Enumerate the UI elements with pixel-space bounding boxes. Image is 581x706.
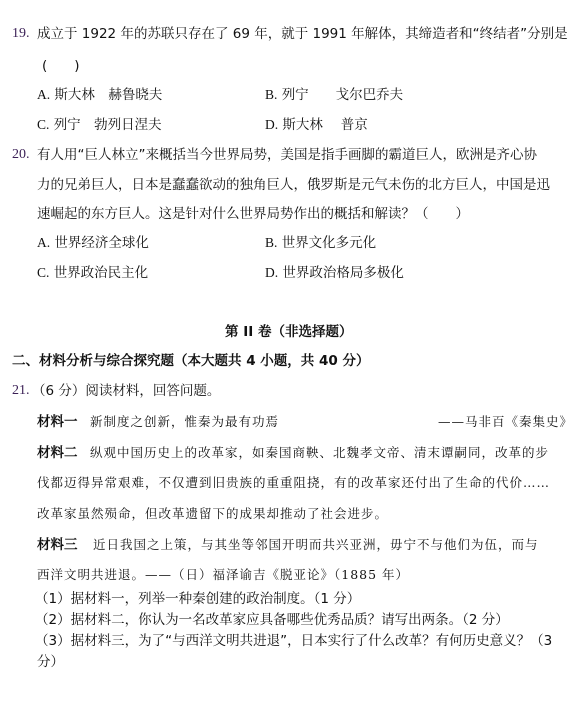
option-key: B.: [265, 235, 277, 250]
material-1-source: ——马非百《秦集史》: [438, 413, 573, 431]
option-key: C.: [37, 117, 49, 132]
q20-option-d: D. 世界政治格局多极化: [265, 264, 404, 282]
question-number-20: 20.: [12, 146, 30, 164]
q19-option-b: B. 列宁 戈尔巴乔夫: [265, 86, 403, 104]
q19-option-d: D. 斯大林 普京: [265, 116, 368, 134]
sub-question-2: （2）据材料二，你认为一名改革家应具备哪些优秀品质？请写出两条。（2 分）: [35, 611, 509, 629]
material-1-label: 材料一: [37, 413, 78, 431]
option-text: 斯大林 赫鲁晓夫: [54, 87, 162, 103]
section-heading: 二、材料分析与综合探究题（本大题共 4 小题，共 40 分）: [12, 352, 369, 370]
section-title: 第 II 卷（非选择题）: [225, 323, 352, 341]
question-20-line-2: 力的兄弟巨人，日本是蠢蠢欲动的独角巨人，俄罗斯是元气未伤的北方巨人，中国是迅: [37, 176, 550, 194]
option-key: A.: [37, 87, 50, 102]
material-2-line-2: 伐都迈得异常艰难，不仅遭到旧贵族的重重阻挠，有的改革家还付出了生命的代价……: [37, 474, 550, 492]
material-2-line-1: 纵观中国历史上的改革家，如秦国商鞅、北魏孝文帝、清末谭嗣同，改革的步: [90, 444, 549, 462]
option-text: 世界文化多元化: [282, 235, 377, 251]
question-19-stem: 成立于 1922 年的苏联只存在了 69 年，就于 1991 年解体，其缔造者和…: [37, 25, 568, 43]
q19-option-c: C. 列宁 勃列日涅夫: [37, 116, 162, 134]
answer-parentheses-19: ( ): [42, 57, 80, 75]
material-2-line-3: 改革家虽然殒命，但改革遗留下的成果却推动了社会进步。: [37, 505, 388, 523]
option-text: 列宁 戈尔巴乔夫: [282, 87, 404, 103]
option-text: 列宁 勃列日涅夫: [54, 117, 162, 133]
option-key: C.: [37, 265, 49, 280]
sub-question-3-cont: 分）: [37, 653, 64, 671]
option-key: B.: [265, 87, 277, 102]
option-text: 世界政治民主化: [54, 265, 149, 281]
option-key: D.: [265, 265, 278, 280]
option-text: 世界政治格局多极化: [282, 265, 404, 281]
q20-option-c: C. 世界政治民主化: [37, 264, 148, 282]
option-text: 世界经济全球化: [54, 235, 149, 251]
question-20-line-1: 有人用“巨人林立”来概括当今世界局势，美国是指手画脚的霸道巨人，欧洲是齐心协: [37, 146, 537, 164]
material-3-line-2: 西洋文明共进退。——（日）福泽谕吉《脱亚论》（1885 年）: [37, 566, 409, 584]
q19-option-a: A. 斯大林 赫鲁晓夫: [37, 86, 162, 104]
option-text: 斯大林 普京: [282, 117, 367, 133]
material-3-label: 材料三: [37, 536, 78, 554]
question-number-19: 19.: [12, 25, 30, 43]
material-3-line-1: 近日我国之上策，与其坐等邻国开明而共兴亚洲，毋宁不与他们为伍，而与: [93, 536, 539, 554]
material-1-text: 新制度之创新，惟秦为最有功焉: [90, 413, 279, 431]
question-21-intro: （6 分）阅读材料，回答问题。: [32, 382, 220, 400]
material-2-label: 材料二: [37, 444, 78, 462]
option-key: A.: [37, 235, 50, 250]
question-number-21: 21.: [12, 382, 30, 400]
option-key: D.: [265, 117, 278, 132]
sub-question-1: （1）据材料一，列举一种秦创建的政治制度。（1 分）: [35, 590, 360, 608]
question-20-line-3: 速崛起的东方巨人。这是针对什么世界局势作出的概括和解读？（ ）: [37, 205, 469, 223]
q20-option-a: A. 世界经济全球化: [37, 234, 149, 252]
q20-option-b: B. 世界文化多元化: [265, 234, 376, 252]
sub-question-3: （3）据材料三，为了“与西洋文明共进退”，日本实行了什么改革？有何历史意义？（3: [35, 632, 552, 650]
